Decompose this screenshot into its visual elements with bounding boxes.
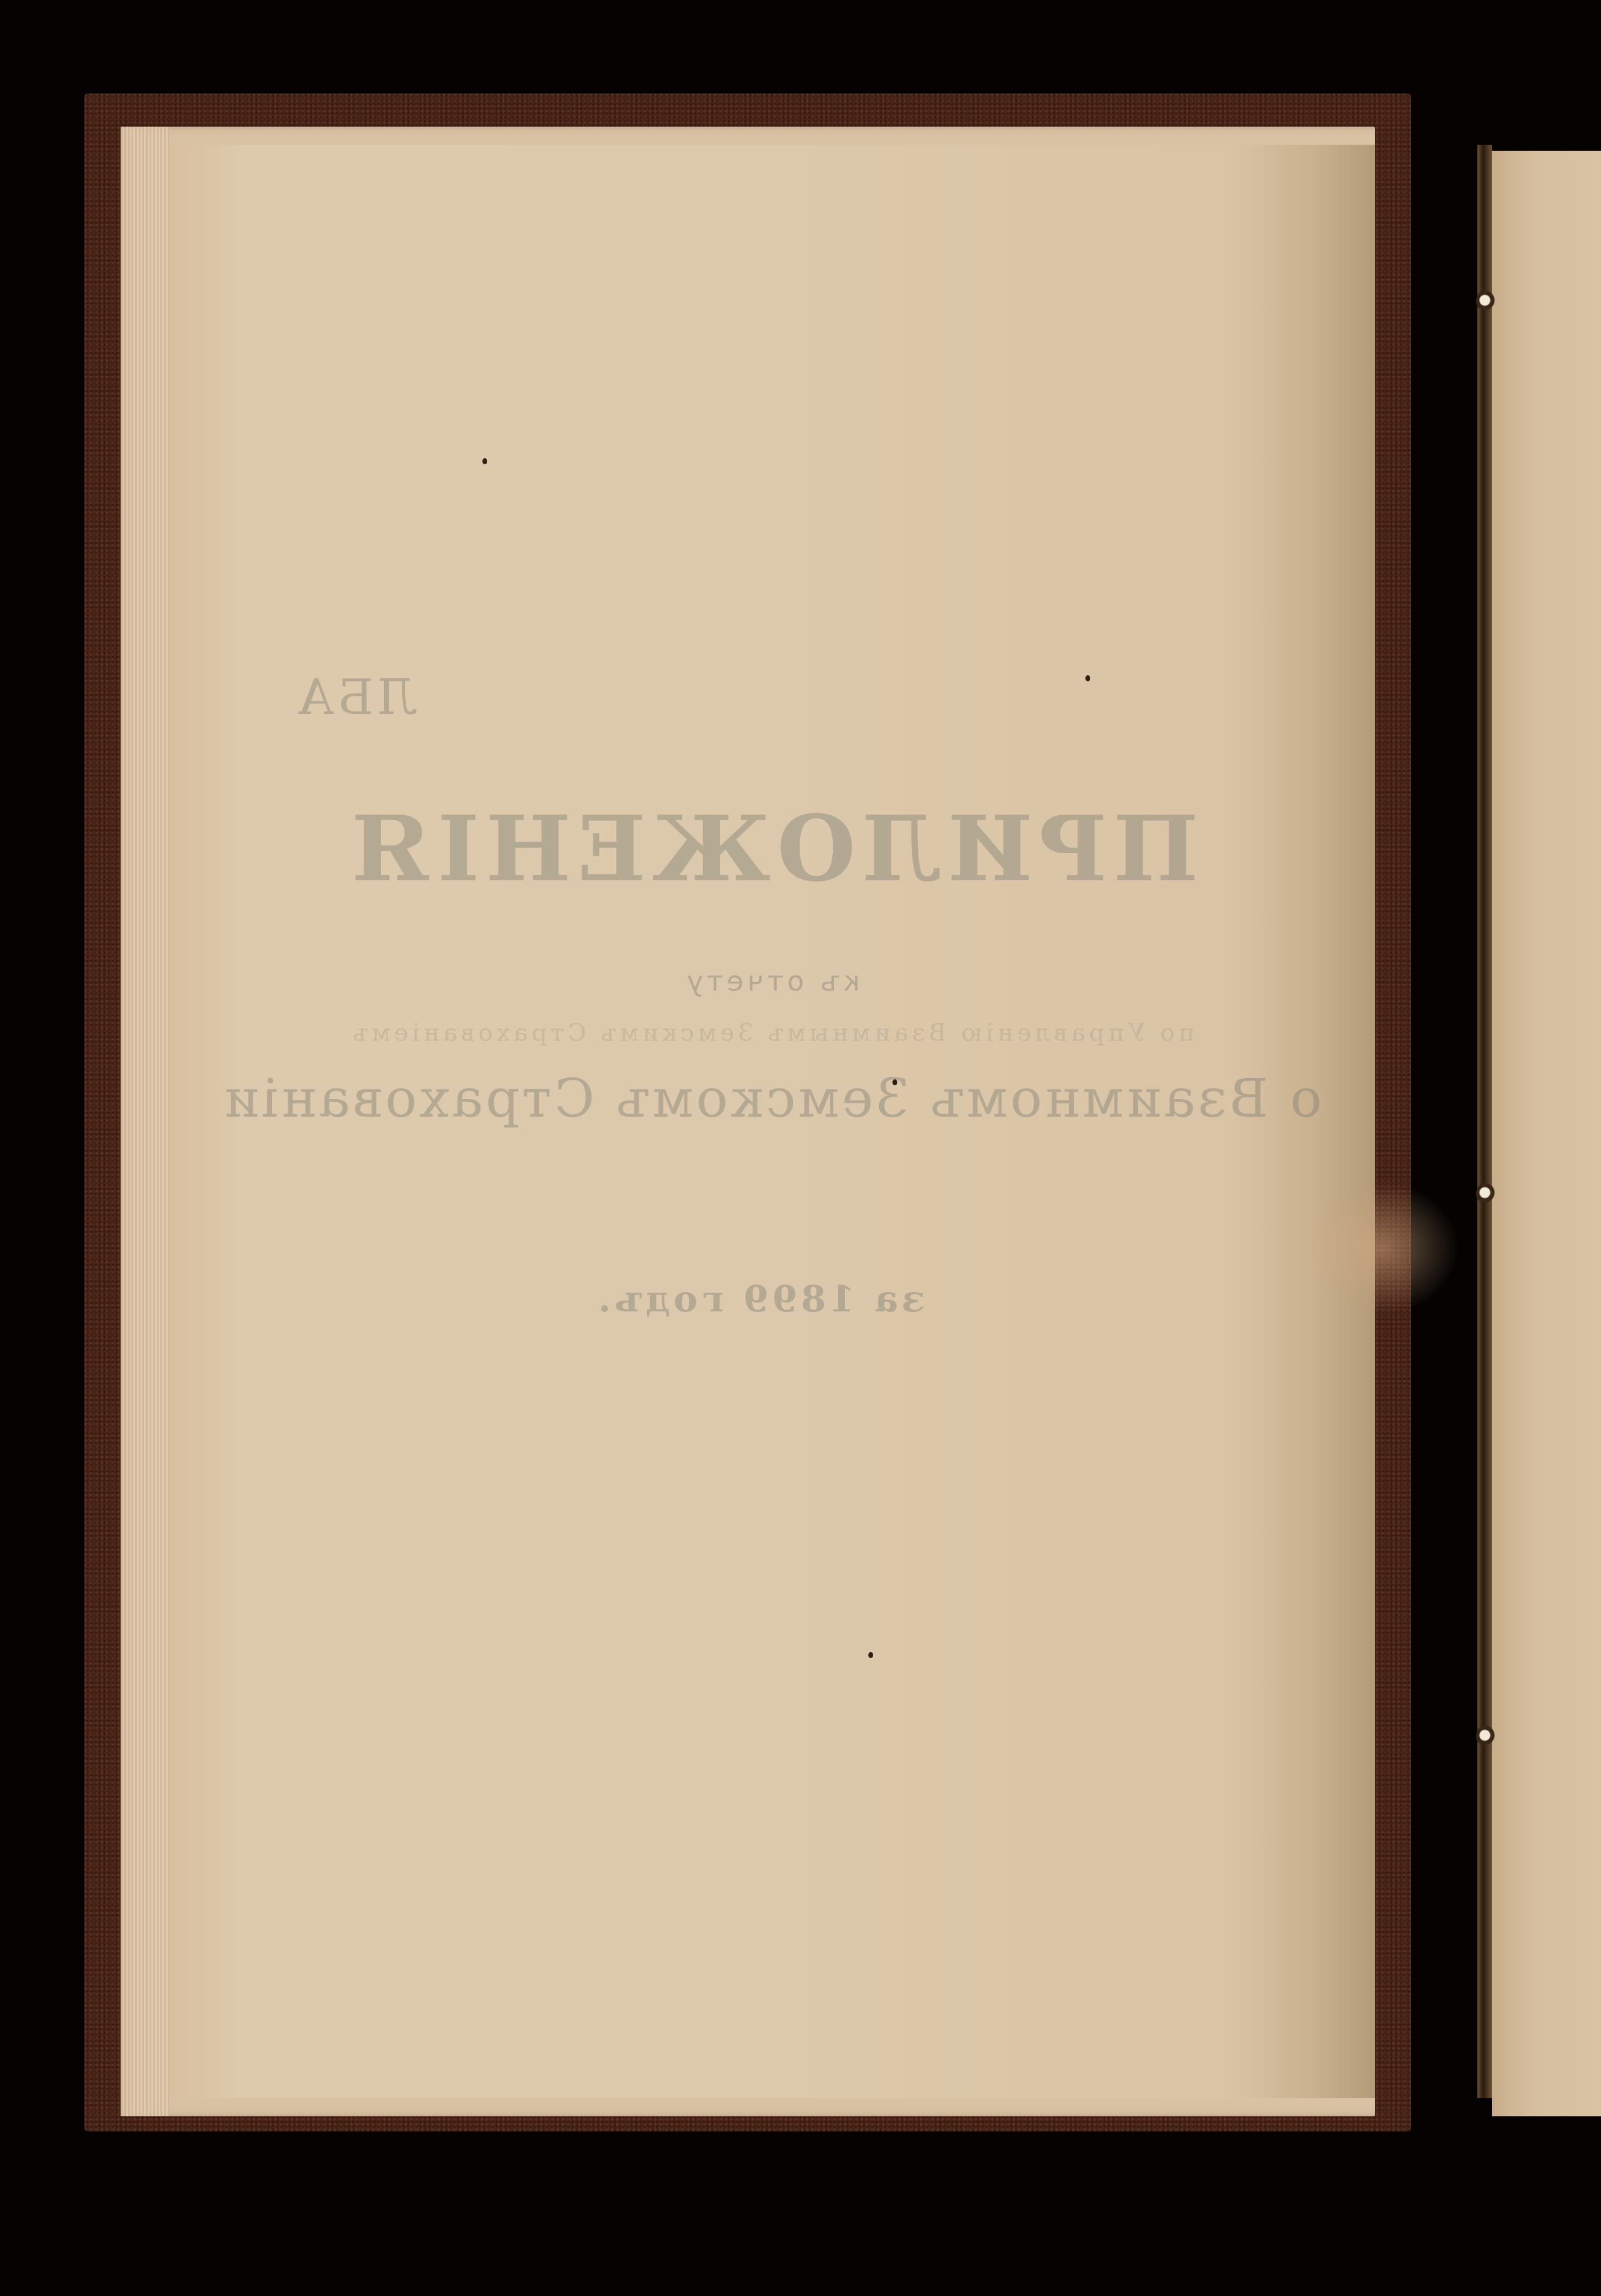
bleed-subtitle: къ отчету xyxy=(169,965,1375,997)
bleed-year-line: за 1899 годъ. xyxy=(145,1278,1375,1320)
facing-page-edge xyxy=(1492,151,1601,2116)
book-gutter xyxy=(1477,145,1492,2098)
binding-stitch xyxy=(1476,289,1498,314)
binding-stitch xyxy=(1476,1724,1498,1749)
paper-speck xyxy=(868,1652,873,1658)
bleed-title: ПРИЛОЖЕНІЯ xyxy=(169,796,1375,902)
paper-speck xyxy=(482,458,487,464)
book-page: ЛБА ПРИЛОЖЕНІЯ къ отчету по Управленію В… xyxy=(169,145,1375,2098)
bleed-faint-line: по Управленію Взаимнымъ Земскимъ Страхов… xyxy=(169,1019,1375,1047)
bleed-page-marker: ЛБА xyxy=(0,669,1375,725)
binding-stitch xyxy=(1476,1182,1498,1206)
bleed-main-line: о Взаимномъ Земскомъ Страхованіи xyxy=(169,1067,1375,1129)
